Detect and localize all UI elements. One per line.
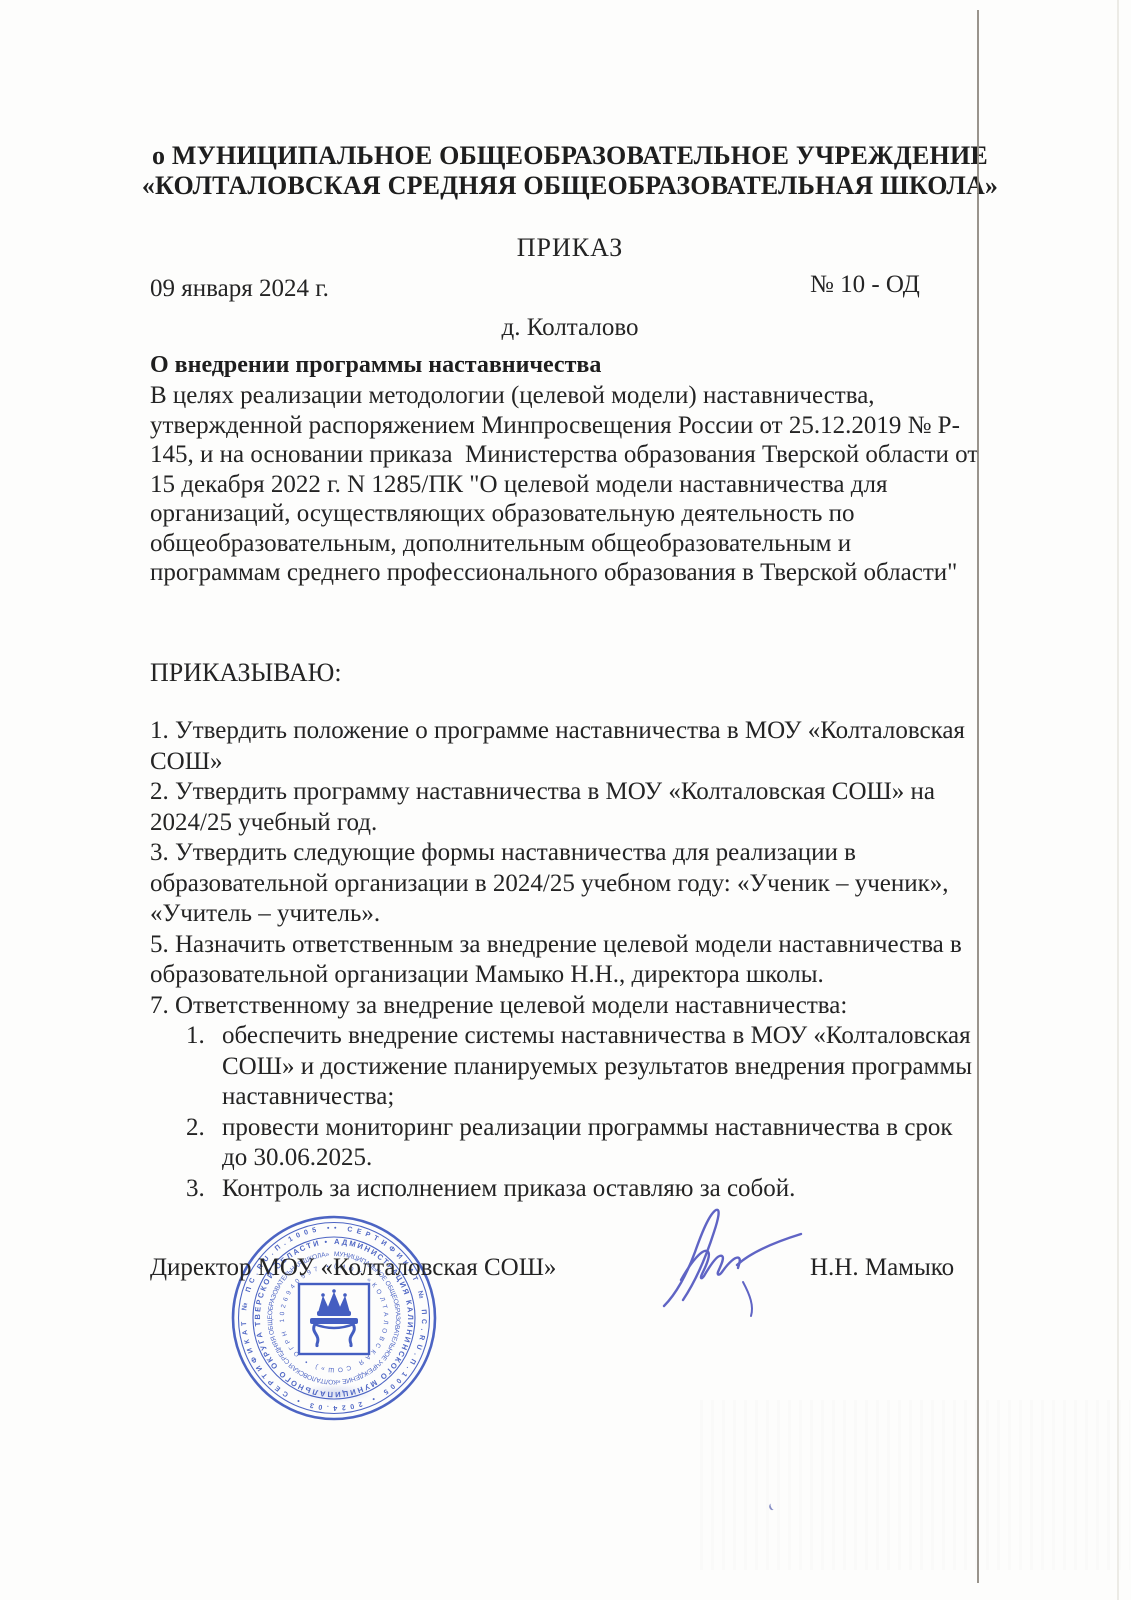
document-place: д. Колталово <box>118 314 1022 342</box>
subject-heading: О внедрении программы наставничества <box>150 352 601 379</box>
order-item-1: 1. Утвердить положение о программе наста… <box>150 716 1030 777</box>
sub-order-number: 3. <box>186 1174 222 1205</box>
order-item-3: 3. Утвердить следующие формы наставничес… <box>150 838 1030 930</box>
sub-order-text: Контроль за исполнением приказа оставляю… <box>222 1174 795 1205</box>
handwritten-signature-icon <box>646 1202 821 1327</box>
sub-order-number: 2. <box>186 1113 222 1174</box>
page-edge-line-artifact <box>1117 0 1119 1600</box>
preamble-text: В целях реализации методологии (целевой … <box>150 381 1030 588</box>
document-number: № 10 - ОД <box>810 271 920 299</box>
sub-order-text: провести мониторинг реализации программы… <box>222 1113 953 1174</box>
orders-list: 1. Утвердить положение о программе наста… <box>150 716 1030 1204</box>
director-name: Н.Н. Мамыко <box>810 1254 954 1282</box>
order-item-5: 5. Назначить ответственным за внедрение … <box>150 930 1030 991</box>
document-date: 09 января 2024 г. <box>150 275 329 303</box>
organization-title: о МУНИЦИПАЛЬНОЕ ОБЩЕОБРАЗОВАТЕЛЬНОЕ УЧРЕ… <box>118 141 1022 201</box>
document-type-heading: ПРИКАЗ <box>118 233 1022 263</box>
order-item-2: 2. Утвердить программу наставничества в … <box>150 777 1030 838</box>
sub-order-item: 2. провести мониторинг реализации програ… <box>150 1113 1030 1174</box>
sub-order-text: обеспечить внедрение системы наставничес… <box>222 1021 972 1113</box>
official-round-stamp-icon: • СЕРТИФИКАТ № ПС.RU.П.1005 • 2024.03 • … <box>226 1210 442 1426</box>
coat-of-arms-icon <box>299 1284 369 1354</box>
sub-order-number: 1. <box>186 1021 222 1113</box>
order-item-7: 7. Ответственному за внедрение целевой м… <box>150 991 1030 1022</box>
vertical-scan-line-artifact <box>977 10 979 1583</box>
scanned-order-document: о МУНИЦИПАЛЬНОЕ ОБЩЕОБРАЗОВАТЕЛЬНОЕ УЧРЕ… <box>0 0 1131 1600</box>
director-title: Директор МОУ «Колталовская СОШ» <box>150 1254 556 1282</box>
sub-order-item: 3. Контроль за исполнением приказа остав… <box>150 1174 1030 1205</box>
resolve-word: ПРИКАЗЫВАЮ: <box>150 658 342 688</box>
sub-orders-list: 1. обеспечить внедрение системы наставни… <box>150 1021 1030 1204</box>
scan-noise-artifact <box>700 1400 1130 1570</box>
sub-order-item: 1. обеспечить внедрение системы наставни… <box>150 1021 1030 1113</box>
